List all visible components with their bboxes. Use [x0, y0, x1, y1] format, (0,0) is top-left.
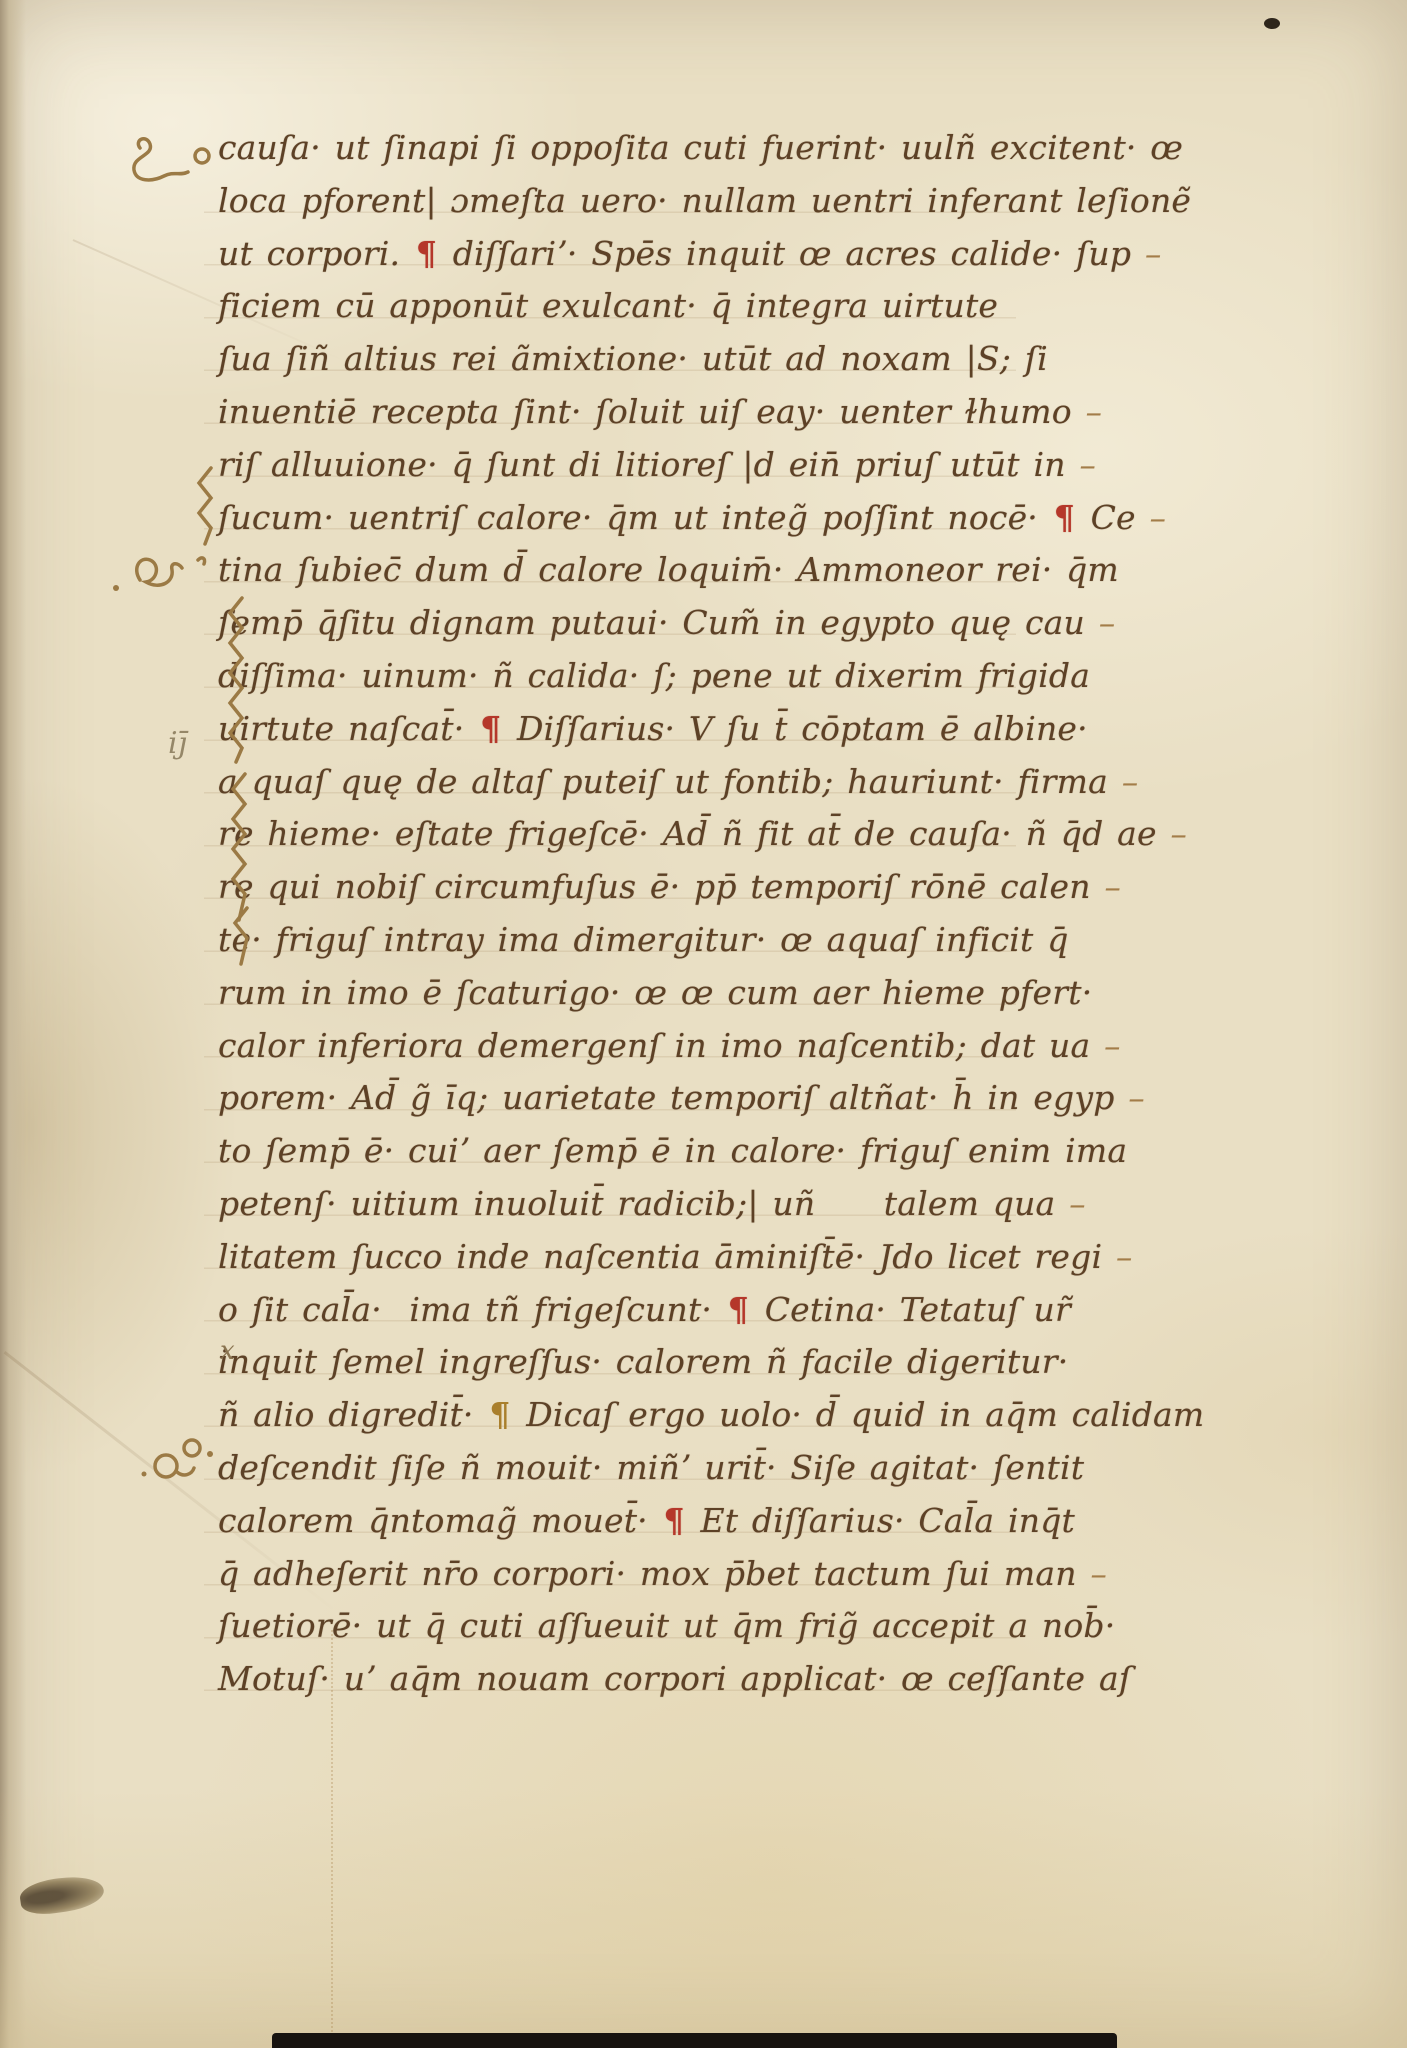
text-segment: Dicaſ ergo uolo· d̄ quid in aq̄m calidam — [513, 1395, 1205, 1434]
manuscript-line: litatem ſucco inde naſcentia āminiſt̄ē· … — [218, 1231, 1028, 1284]
manuscript-line: rum in imo ē ſcaturigo· œ œ cum aer hiem… — [218, 967, 1028, 1020]
margin-ij-text: ij̄ — [168, 726, 187, 761]
text-segment: re hieme· eſtate frigeſcē· Ad̄ ñ fit at̄… — [218, 814, 1157, 853]
text-segment: ſemp̄ q̄ſitu dignam putaui· Cum̃ in egyp… — [218, 603, 1085, 642]
text-segment: uirtute naſcat̄· — [218, 709, 478, 748]
manuscript-line: o ſit cal̄a· ima tñ frigeſcunt· ¶ Cetina… — [218, 1284, 1028, 1337]
text-segment: – — [1108, 762, 1138, 801]
margin-nota-que — [110, 538, 222, 614]
text-segment: Ce — [1077, 498, 1136, 537]
margin-zigzag-mark — [195, 466, 217, 550]
text-segment: – — [1131, 234, 1161, 273]
text-segment: diſſariʼ· Spēs inquit œ acres calide· ſu… — [439, 234, 1131, 273]
text-segment: – — [1066, 445, 1096, 484]
manuscript-line: Motuſ· uʼ aq̄m nouam corpori applicat· œ… — [218, 1653, 1028, 1706]
margin-ij-mark: ij̄ — [168, 726, 187, 761]
paraph-mark: ¶ — [662, 1501, 687, 1540]
text-segment: – — [1055, 1184, 1085, 1223]
text-segment: Et diſſarius· Cal̄a inq̄t — [687, 1501, 1075, 1540]
manuscript-line: diſſima· uinum· ñ calida· ſ; pene ut dix… — [218, 650, 1028, 703]
paraph-mark: ¶ — [414, 234, 439, 273]
manuscript-line: ſemp̄ q̄ſitu dignam putaui· Cum̃ in egyp… — [218, 597, 1028, 650]
text-segment: tina ſubiec̄ dum d̄ calore loquim̄· Ammo… — [218, 550, 1119, 589]
text-segment: q̄ adheſerit nr̄o corpori· mox p̄bet tac… — [218, 1554, 1077, 1593]
manuscript-line: ficiem cū apponūt exulcant· q̄ integra u… — [218, 280, 1028, 333]
manuscript-line: petenſ· uitium inuoluit̄ radicib;| uñ ta… — [218, 1178, 1028, 1231]
text-segment: te· friguſ intray ima dimergitur· œ aqua… — [218, 920, 1069, 959]
text-segment: calorem q̄ntomag̃ mouet̄· — [218, 1501, 662, 1540]
manuscript-line: a quaſ quę de altaſ puteiſ ut fontib; ha… — [218, 756, 1028, 809]
text-segment: rum in imo ē ſcaturigo· œ œ cum aer hiem… — [218, 973, 1092, 1012]
text-segment: cauſa· ut ſinapi ſi oppoſita cuti fuerin… — [218, 128, 1183, 167]
scan-cradle-bar — [272, 2033, 1117, 2048]
text-segment: deſcendit ſiſe ñ mouit· miñʼ urit̄· Siſe… — [218, 1448, 1084, 1487]
text-segment: Diſſarius· V ſu t̄ cōptam ē albine· — [503, 709, 1088, 748]
manuscript-line: calorem q̄ntomag̃ mouet̄· ¶ Et diſſarius… — [218, 1495, 1028, 1548]
text-segment: a quaſ quę de altaſ puteiſ ut fontib; ha… — [218, 762, 1108, 801]
page-bottom-shading — [0, 1788, 1407, 2048]
text-segment: – — [1072, 392, 1102, 431]
text-segment: ut corpori. — [218, 234, 414, 273]
text-segment: Motuſ· uʼ aq̄m nouam corpori applicat· œ… — [218, 1659, 1131, 1698]
text-segment: inquit ſemel ingreſſus· calorem ñ facile… — [218, 1342, 1068, 1381]
text-segment: porem· Ad̄ g̃ īq; uarietate temporiſ alt… — [218, 1078, 1115, 1117]
text-segment: – — [1115, 1078, 1145, 1117]
manuscript-line: ſuetiorē· ut q̄ cuti aſſueuit ut q̄m fri… — [218, 1600, 1028, 1653]
manuscript-line: ſua ſiñ altius rei ãmixtione· utūt ad no… — [218, 333, 1028, 386]
manuscript-line: porem· Ad̄ g̃ īq; uarietate temporiſ alt… — [218, 1072, 1028, 1125]
text-segment: riſ alluuione· q̄ ſunt di litioreſ |d ei… — [218, 445, 1066, 484]
manuscript-line: calor inferiora demergenſ in imo naſcent… — [218, 1020, 1028, 1073]
text-segment: – — [1085, 603, 1115, 642]
text-segment: to ſemp̄ ē· cuiʼ aer ſemp̄ ē in calore· … — [218, 1131, 1127, 1170]
text-segment: – — [1077, 1554, 1107, 1593]
text-segment: ſuetiorē· ut q̄ cuti aſſueuit ut q̄m fri… — [218, 1606, 1115, 1645]
text-segment: loca pforent| ɔmeſta uero· nullam uentri… — [218, 181, 1191, 220]
text-segment: litatem ſucco inde naſcentia āminiſt̄ē· … — [218, 1237, 1102, 1276]
text-block: cauſa· ut ſinapi ſi oppoſita cuti fuerin… — [218, 122, 1028, 1706]
text-segment: – — [1136, 498, 1166, 537]
manuscript-line: riſ alluuione· q̄ ſunt di litioreſ |d ei… — [218, 439, 1028, 492]
manuscript-line: uirtute naſcat̄· ¶ Diſſarius· V ſu t̄ cō… — [218, 703, 1028, 756]
manuscript-page: cauſa· ut ſinapi ſi oppoſita cuti fuerin… — [0, 0, 1407, 2048]
manuscript-line: ut corpori. ¶ diſſariʼ· Spēs inquit œ ac… — [218, 228, 1028, 281]
text-segment: diſſima· uinum· ñ calida· ſ; pene ut dix… — [218, 656, 1090, 695]
text-segment: Cetina· Tetatuſ ur̃ — [751, 1290, 1071, 1329]
manuscript-line: loca pforent| ɔmeſta uero· nullam uentri… — [218, 175, 1028, 228]
page-left-edge-shadow — [0, 0, 26, 2048]
text-segment: ſua ſiñ altius rei ãmixtione· utūt ad no… — [218, 339, 1048, 378]
paraph-mark: ¶ — [478, 709, 503, 748]
manuscript-line: inuentiē recepta ſint· ſoluit uiſ eay· u… — [218, 386, 1028, 439]
text-segment: re qui nobiſ circumfuſus ē· pp̄ temporiſ… — [218, 867, 1091, 906]
manuscript-line: re qui nobiſ circumfuſus ē· pp̄ temporiſ… — [218, 861, 1028, 914]
manuscript-line: te· friguſ intray ima dimergitur· œ aqua… — [218, 914, 1028, 967]
paraph-mark: ¶ — [1052, 498, 1077, 537]
manuscript-line: ſucum· uentriſ calore· q̄m ut integ̃ poſ… — [218, 492, 1028, 545]
text-segment: inuentiē recepta ſint· ſoluit uiſ eay· u… — [218, 392, 1072, 431]
manuscript-line: tina ſubiec̄ dum d̄ calore loquim̄· Ammo… — [218, 544, 1028, 597]
manuscript-line: re hieme· eſtate frigeſcē· Ad̄ ñ fit at̄… — [218, 808, 1028, 861]
text-segment: – — [1091, 867, 1121, 906]
paraph-mark: ¶ — [726, 1290, 751, 1329]
text-segment: – — [1157, 814, 1187, 853]
manuscript-line: inquit ſemel ingreſſus· calorem ñ facile… — [218, 1336, 1028, 1389]
manuscript-line: ñ alio digredit̄· ¶ Dicaſ ergo uolo· d̄ … — [218, 1389, 1028, 1442]
scan-artifact-dot — [1264, 18, 1280, 29]
manuscript-line: deſcendit ſiſe ñ mouit· miñʼ urit̄· Siſe… — [218, 1442, 1028, 1495]
text-segment: petenſ· uitium inuoluit̄ radicib;| uñ ta… — [218, 1184, 1055, 1223]
manuscript-line: cauſa· ut ſinapi ſi oppoſita cuti fuerin… — [218, 122, 1028, 175]
text-segment: – — [1102, 1237, 1132, 1276]
manuscript-line: to ſemp̄ ē· cuiʼ aer ſemp̄ ē in calore· … — [218, 1125, 1028, 1178]
text-segment: – — [1090, 1026, 1120, 1065]
text-segment: calor inferiora demergenſ in imo naſcent… — [218, 1026, 1090, 1065]
text-segment: ſucum· uentriſ calore· q̄m ut integ̃ poſ… — [218, 498, 1052, 537]
manuscript-line: q̄ adheſerit nr̄o corpori· mox p̄bet tac… — [218, 1548, 1028, 1601]
paraph-mark: ¶ — [487, 1395, 512, 1434]
margin-nota-flourish — [126, 130, 218, 196]
text-segment: ñ alio digredit̄· — [218, 1395, 487, 1434]
text-segment: o ſit cal̄a· ima tñ frigeſcunt· — [218, 1290, 726, 1329]
text-segment: ficiem cū apponūt exulcant· q̄ integra u… — [218, 286, 998, 325]
